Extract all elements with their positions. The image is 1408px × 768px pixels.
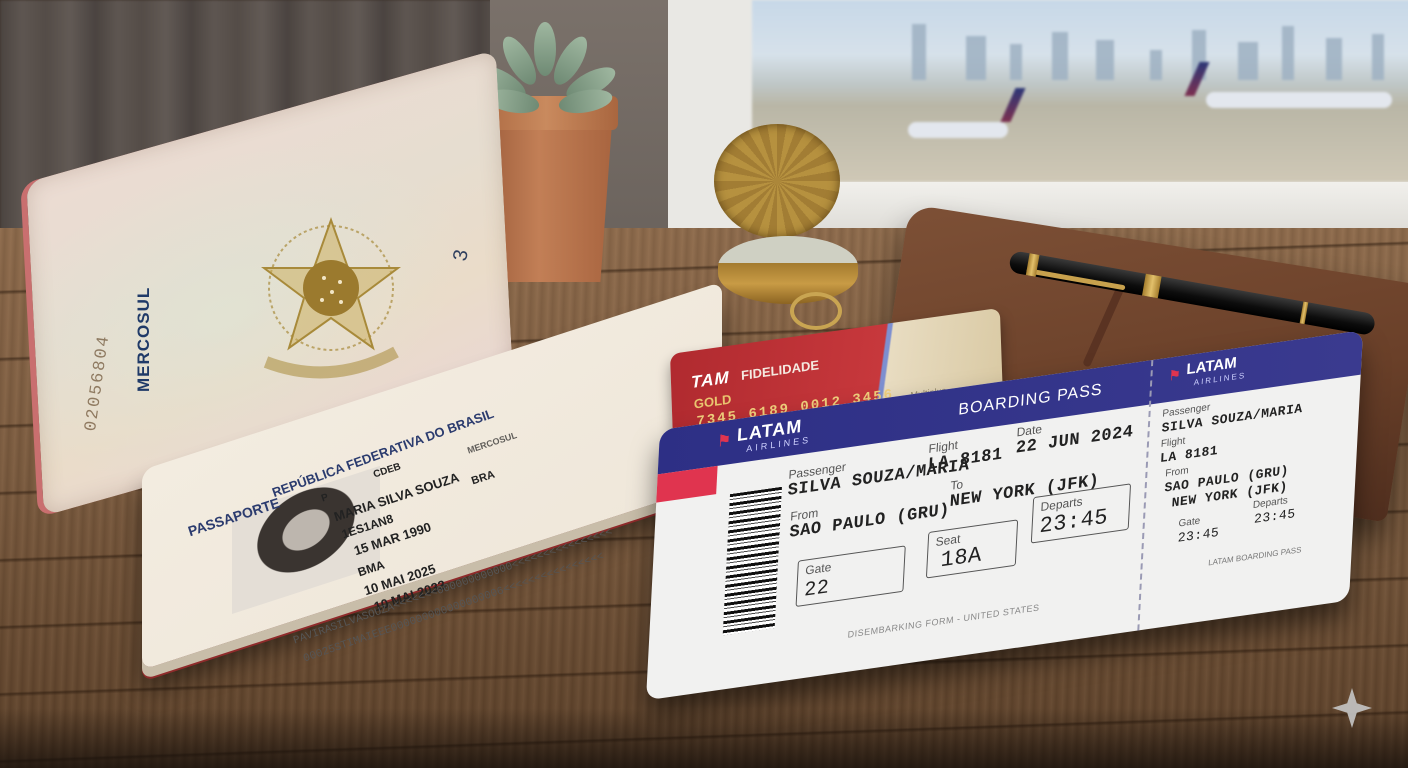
airplane [1206, 92, 1392, 108]
coat-of-arms-icon [246, 202, 416, 392]
stub-logo-icon: ⚑ [1168, 366, 1181, 385]
card-tier: GOLD [694, 391, 732, 411]
latam-logo-icon: ⚑ [716, 430, 731, 452]
card-brand: TAM [691, 368, 730, 393]
card-program: FIDELIDADE [741, 357, 819, 383]
photo-scene: MERCOSUL 02056804 3 REPÚBLICA FEDERATIVA… [0, 0, 1408, 768]
compass-lid [714, 124, 840, 238]
city-skyline [752, 20, 1408, 80]
mercosul-label: MERCOSUL [134, 287, 154, 392]
airplane [908, 122, 1008, 138]
compass [718, 236, 858, 304]
barcode [723, 487, 782, 636]
gate-number: 22 [804, 576, 830, 603]
airport-view [752, 0, 1408, 182]
